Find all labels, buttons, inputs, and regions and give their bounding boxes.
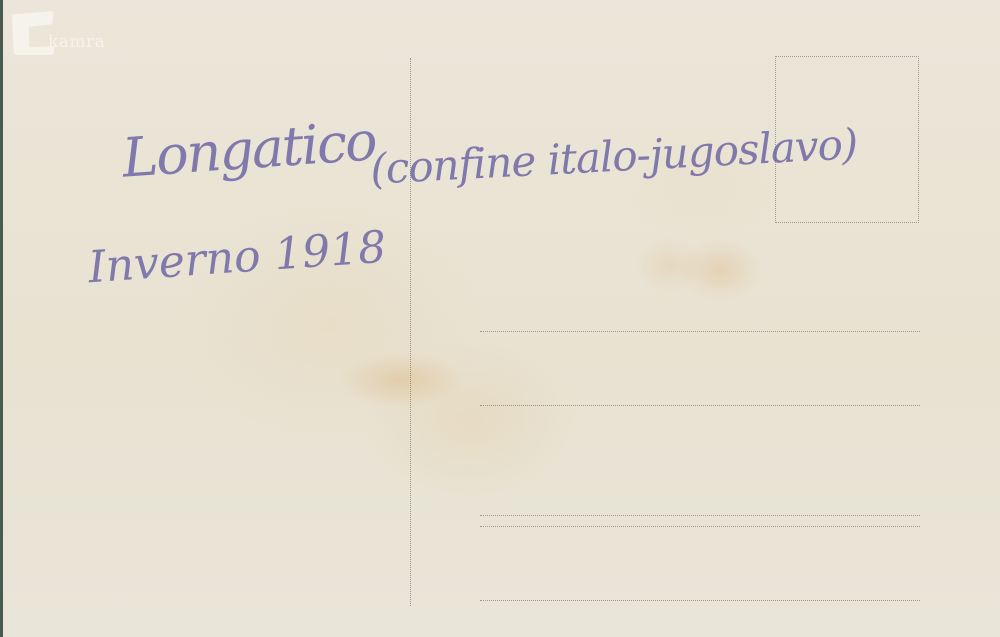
center-divider	[410, 58, 411, 606]
address-line	[480, 526, 920, 527]
watermark: kamra	[12, 11, 105, 55]
postcard-back: kamra Longatico (confine italo-jugoslavo…	[0, 0, 1000, 637]
watermark-text: kamra	[48, 32, 105, 52]
address-line	[480, 600, 920, 601]
address-line	[480, 405, 920, 406]
handwritten-place: Longatico	[120, 109, 377, 190]
handwritten-date: Inverno 1918	[87, 222, 388, 294]
address-line	[480, 515, 920, 516]
address-line	[480, 331, 920, 332]
